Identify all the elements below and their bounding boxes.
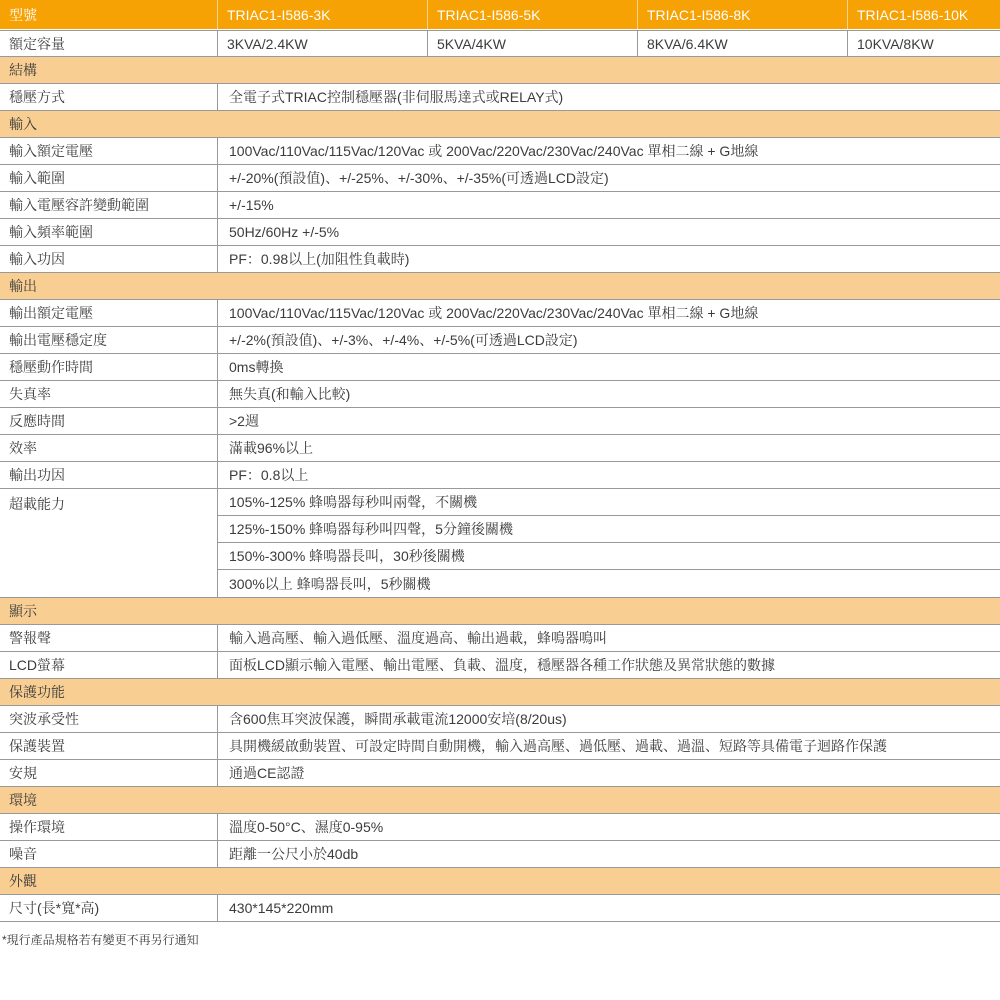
spec-label: 輸入頻率範圍 [0,219,218,245]
capacity-value: 3KVA/2.4KW [218,31,428,56]
spec-row: 突波承受性 含600焦耳突波保護，瞬間承載電流12000安培(8/20us) [0,706,1000,733]
spec-label: 穩壓方式 [0,84,218,110]
spec-row: 反應時間 >2週 [0,408,1000,435]
spec-row: 保護裝置 具開機緩啟動裝置、可設定時間自動開機，輸入過高壓、過低壓、過載、過溫、… [0,733,1000,760]
spec-label: LCD螢幕 [0,652,218,678]
spec-value: 無失真(和輸入比較) [218,381,1000,407]
section-header-structure: 結構 [0,57,1000,84]
spec-value: 通過CE認證 [218,760,1000,786]
section-header-display: 顯示 [0,598,1000,625]
spec-row: 失真率 無失真(和輸入比較) [0,381,1000,408]
spec-label: 輸出額定電壓 [0,300,218,326]
spec-value: 溫度0-50°C、濕度0-95% [218,814,1000,840]
spec-row: 安規 通過CE認證 [0,760,1000,787]
spec-label: 尺寸(長*寬*高) [0,895,218,921]
section-title: 環境 [0,787,1000,813]
spec-row: 輸入電壓容許變動範圍 +/-15% [0,192,1000,219]
spec-label: 突波承受性 [0,706,218,732]
spec-value: 含600焦耳突波保護，瞬間承載電流12000安培(8/20us) [218,706,1000,732]
spec-row: 穩壓方式 全電子式TRIAC控制穩壓器(非伺服馬達式或RELAY式) [0,84,1000,111]
spec-value: PF：0.8以上 [218,462,1000,488]
section-header-protection: 保護功能 [0,679,1000,706]
spec-row: 尺寸(長*寬*高) 430*145*220mm [0,895,1000,922]
spec-label: 輸入範圍 [0,165,218,191]
spec-label: 保護裝置 [0,733,218,759]
spec-label: 失真率 [0,381,218,407]
spec-row: 穩壓動作時間 0ms轉換 [0,354,1000,381]
model-header-row: 型號 TRIAC1-I586-3K TRIAC1-I586-5K TRIAC1-… [0,0,1000,30]
section-title: 保護功能 [0,679,1000,705]
spec-value: +/-15% [218,192,1000,218]
capacity-row: 額定容量 3KVA/2.4KW 5KVA/4KW 8KVA/6.4KW 10KV… [0,30,1000,57]
spec-label: 噪音 [0,841,218,867]
spec-value: 距離一公尺小於40db [218,841,1000,867]
spec-row: 輸入範圍 +/-20%(預設值)、+/-25%、+/-30%、+/-35%(可透… [0,165,1000,192]
spec-label: 安規 [0,760,218,786]
spec-value: >2週 [218,408,1000,434]
spec-value: 0ms轉換 [218,354,1000,380]
section-header-output: 輸出 [0,273,1000,300]
spec-label: 輸入額定電壓 [0,138,218,164]
overload-capability-group: 超載能力 105%-125% 蜂鳴器每秒叫兩聲，不關機 125%-150% 蜂鳴… [0,489,1000,598]
spec-value: +/-20%(預設值)、+/-25%、+/-30%、+/-35%(可透過LCD設… [218,165,1000,191]
spec-label: 反應時間 [0,408,218,434]
spec-value: 150%-300% 蜂鳴器長叫，30秒後關機 [218,543,1000,570]
section-header-environment: 環境 [0,787,1000,814]
spec-value: 輸入過高壓、輸入過低壓、溫度過高、輸出過載，蜂鳴器鳴叫 [218,625,1000,651]
footnote: *現行產品規格若有變更不再另行通知 [2,931,1000,948]
model-header-label: 型號 [0,0,218,29]
spec-value: 100Vac/110Vac/115Vac/120Vac 或 200Vac/220… [218,138,1000,164]
spec-row: 操作環境 溫度0-50°C、濕度0-95% [0,814,1000,841]
spec-row: 輸入功因 PF：0.98以上(加阻性負載時) [0,246,1000,273]
spec-row: 輸入額定電壓 100Vac/110Vac/115Vac/120Vac 或 200… [0,138,1000,165]
spec-value: 430*145*220mm [218,895,1000,921]
spec-label: 操作環境 [0,814,218,840]
spec-value: PF：0.98以上(加阻性負載時) [218,246,1000,272]
spec-value: +/-2%(預設值)、+/-3%、+/-4%、+/-5%(可透過LCD設定) [218,327,1000,353]
spec-value: 滿載96%以上 [218,435,1000,461]
section-title: 外觀 [0,868,1000,894]
model-header-cell: TRIAC1-I586-10K [848,0,1000,29]
spec-row: 輸出電壓穩定度 +/-2%(預設值)、+/-3%、+/-4%、+/-5%(可透過… [0,327,1000,354]
spec-value: 全電子式TRIAC控制穩壓器(非伺服馬達式或RELAY式) [218,84,1000,110]
spec-value: 100Vac/110Vac/115Vac/120Vac 或 200Vac/220… [218,300,1000,326]
model-header-cell: TRIAC1-I586-5K [428,0,638,29]
capacity-value: 10KVA/8KW [848,31,1000,56]
section-title: 顯示 [0,598,1000,624]
model-header-cell: TRIAC1-I586-3K [218,0,428,29]
spec-label: 警報聲 [0,625,218,651]
spec-row: 噪音 距離一公尺小於40db [0,841,1000,868]
spec-row: 輸出額定電壓 100Vac/110Vac/115Vac/120Vac 或 200… [0,300,1000,327]
spec-row: 輸入頻率範圍 50Hz/60Hz +/-5% [0,219,1000,246]
section-title: 輸入 [0,111,1000,137]
spec-value: 300%以上 蜂鳴器長叫，5秒關機 [218,570,1000,597]
spec-row: 效率 滿載96%以上 [0,435,1000,462]
capacity-value: 8KVA/6.4KW [638,31,848,56]
model-header-cell: TRIAC1-I586-8K [638,0,848,29]
section-header-input: 輸入 [0,111,1000,138]
spec-value: 50Hz/60Hz +/-5% [218,219,1000,245]
spec-value: 105%-125% 蜂鳴器每秒叫兩聲，不關機 [218,489,1000,516]
spec-value: 面板LCD顯示輸入電壓、輸出電壓、負載、溫度，穩壓器各種工作狀態及異常狀態的數據 [218,652,1000,678]
spec-label: 穩壓動作時間 [0,354,218,380]
spec-label: 效率 [0,435,218,461]
spec-row: 警報聲 輸入過高壓、輸入過低壓、溫度過高、輸出過載，蜂鳴器鳴叫 [0,625,1000,652]
spec-value: 125%-150% 蜂鳴器每秒叫四聲，5分鐘後關機 [218,516,1000,543]
section-title: 輸出 [0,273,1000,299]
spec-label: 輸入功因 [0,246,218,272]
overload-values: 105%-125% 蜂鳴器每秒叫兩聲，不關機 125%-150% 蜂鳴器每秒叫四… [218,489,1000,597]
spec-label: 輸出功因 [0,462,218,488]
spec-label: 輸入電壓容許變動範圍 [0,192,218,218]
section-header-appearance: 外觀 [0,868,1000,895]
product-spec-table: 型號 TRIAC1-I586-3K TRIAC1-I586-5K TRIAC1-… [0,0,1000,948]
spec-row: LCD螢幕 面板LCD顯示輸入電壓、輸出電壓、負載、溫度，穩壓器各種工作狀態及異… [0,652,1000,679]
spec-row: 輸出功因 PF：0.8以上 [0,462,1000,489]
spec-value: 具開機緩啟動裝置、可設定時間自動開機，輸入過高壓、過低壓、過載、過溫、短路等具備… [218,733,1000,759]
capacity-value: 5KVA/4KW [428,31,638,56]
spec-label: 輸出電壓穩定度 [0,327,218,353]
spec-label: 超載能力 [0,489,218,597]
spec-label: 額定容量 [0,31,218,56]
section-title: 結構 [0,57,1000,83]
